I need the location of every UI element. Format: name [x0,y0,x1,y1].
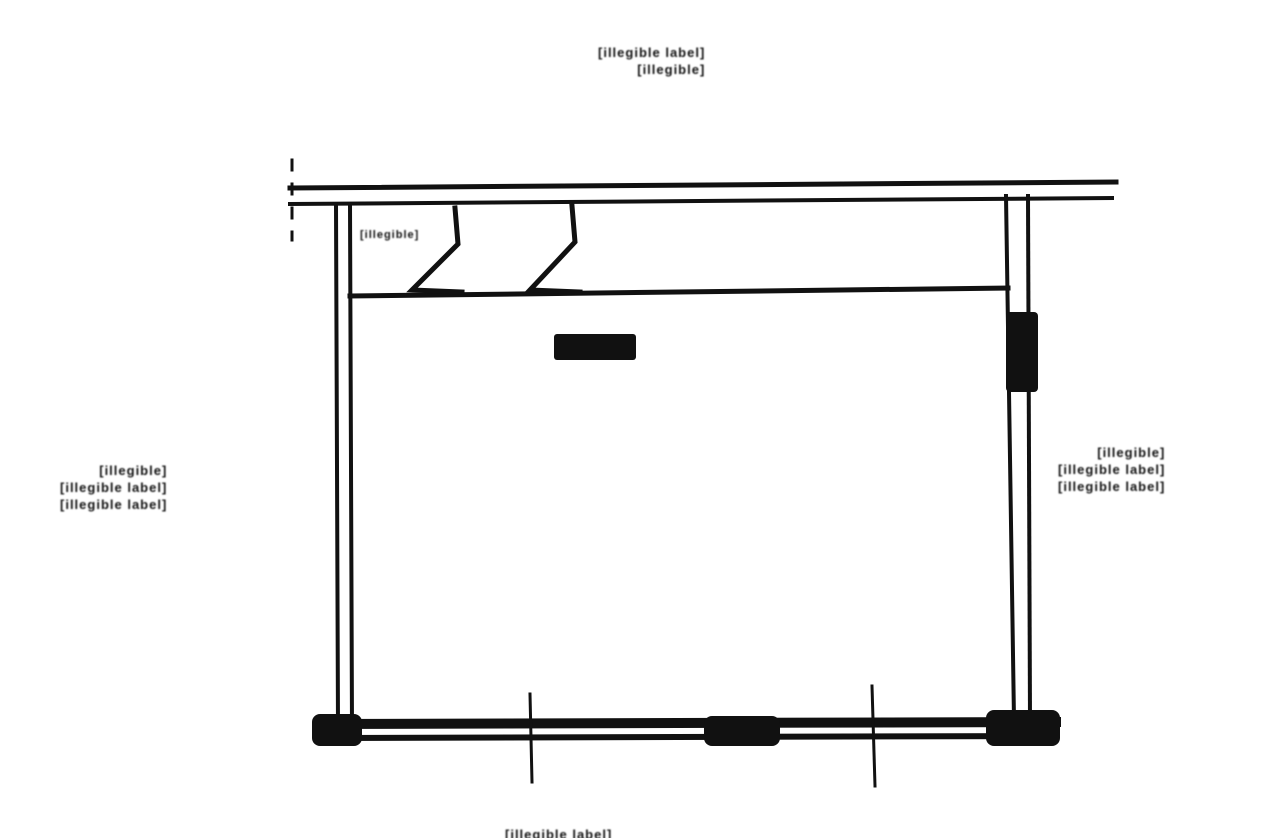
wall-block [312,714,362,746]
window-marker [530,694,532,782]
closet-label: [illegible] [360,227,419,244]
wall-block [704,716,780,746]
bottom-wall [320,722,1056,738]
right-label: [illegible] [illegible label] [illegible… [1058,444,1165,495]
left-label: [illegible] [illegible label] [illegible… [60,462,167,513]
window-marker [872,686,875,786]
top-label: [illegible label] [illegible] [598,44,705,78]
bottom-label: [illegible label] [505,826,612,838]
closet-door-icon [412,208,462,292]
right-wall [1006,196,1030,720]
wall-block [986,710,1060,746]
closet-door-icon [530,206,580,292]
floor-plan-drawing [0,0,1280,838]
left-wall [336,204,352,728]
fixture-block [554,334,636,360]
column-block [1006,312,1038,392]
